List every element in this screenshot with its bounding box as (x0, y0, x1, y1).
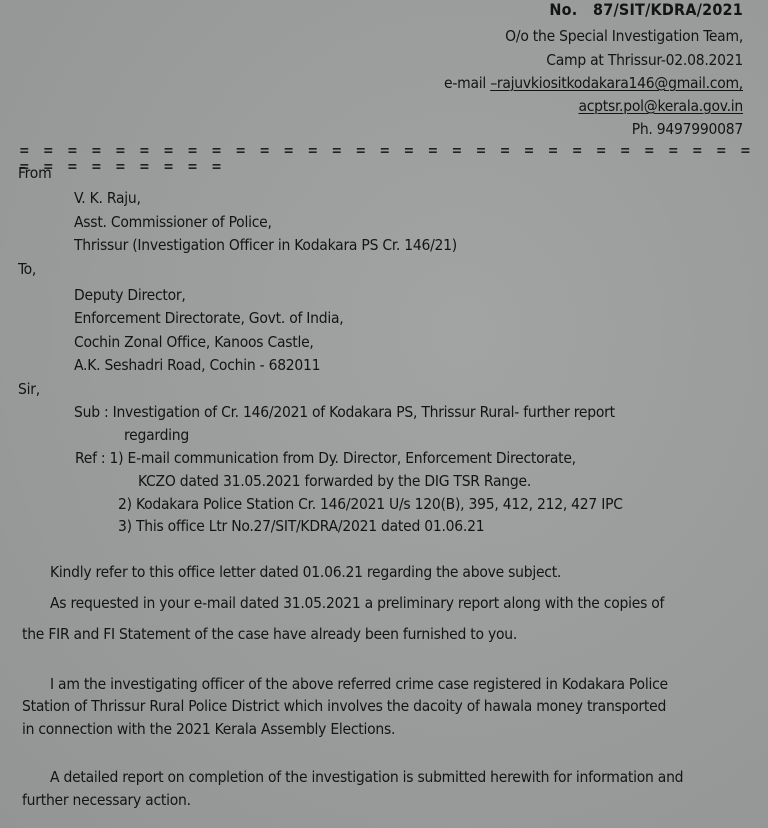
email-link-2[interactable]: acptsr.pol@kerala.gov.in (578, 96, 743, 116)
camp-date-line: Camp at Thrissur-02.08.2021 (546, 50, 743, 70)
email-link-1[interactable]: –rajuvkiositkodakara146@gmail.com, (490, 74, 743, 92)
office-line: O/o the Special Investigation Team, (505, 26, 743, 46)
reference-1-line-2: KCZO dated 31.05.2021 forwarded by the D… (138, 471, 531, 491)
paragraph-4-line-2: further necessary action. (22, 790, 191, 810)
scanned-letter-page: No. 87/SIT/KDRA/2021 O/o the Special Inv… (0, 0, 768, 828)
reference-3: 3) This office Ltr No.27/SIT/KDRA/2021 d… (118, 516, 484, 536)
paragraph-2-line-1: As requested in your e-mail dated 31.05.… (50, 593, 664, 613)
to-line-2: Enforcement Directorate, Govt. of India, (74, 308, 343, 328)
phone-line: Ph. 9497990087 (632, 119, 743, 139)
letter-number: No. 87/SIT/KDRA/2021 (549, 0, 743, 20)
paragraph-4-line-1: A detailed report on completion of the i… (50, 767, 683, 787)
email-label: e-mail (444, 74, 490, 92)
paragraph-1: Kindly refer to this office letter dated… (50, 562, 561, 582)
reference-1-line-1: Ref : 1) E-mail communication from Dy. D… (75, 448, 576, 468)
email-line-1: e-mail –rajuvkiositkodakara146@gmail.com… (444, 73, 743, 93)
paragraph-3-line-2: Station of Thrissur Rural Police Distric… (22, 696, 666, 716)
separator-line: = = = = = = = = = = = = = = = = = = = = … (19, 143, 768, 175)
to-label: To, (18, 259, 36, 279)
subject-line-2: regarding (124, 425, 189, 445)
from-line-designation: Asst. Commissioner of Police, (74, 212, 272, 232)
to-line-1: Deputy Director, (74, 285, 186, 305)
from-label: From (18, 163, 51, 183)
from-line-name: V. K. Raju, (74, 188, 141, 208)
letter-number-label: No. (549, 0, 577, 19)
paragraph-2-line-2: the FIR and FI Statement of the case hav… (22, 624, 517, 644)
salutation: Sir, (18, 379, 40, 399)
paragraph-3-line-3: in connection with the 2021 Kerala Assem… (22, 719, 395, 739)
paragraph-3-line-1: I am the investigating officer of the ab… (50, 674, 668, 694)
reference-2: 2) Kodakara Police Station Cr. 146/2021 … (118, 494, 623, 514)
to-line-4: A.K. Seshadri Road, Cochin - 682011 (74, 355, 320, 375)
letter-number-value: 87/SIT/KDRA/2021 (593, 0, 743, 19)
subject-line-1: Sub : Investigation of Cr. 146/2021 of K… (74, 402, 615, 422)
from-line-location: Thrissur (Investigation Officer in Kodak… (74, 235, 457, 255)
to-line-3: Cochin Zonal Office, Kanoos Castle, (74, 332, 314, 352)
